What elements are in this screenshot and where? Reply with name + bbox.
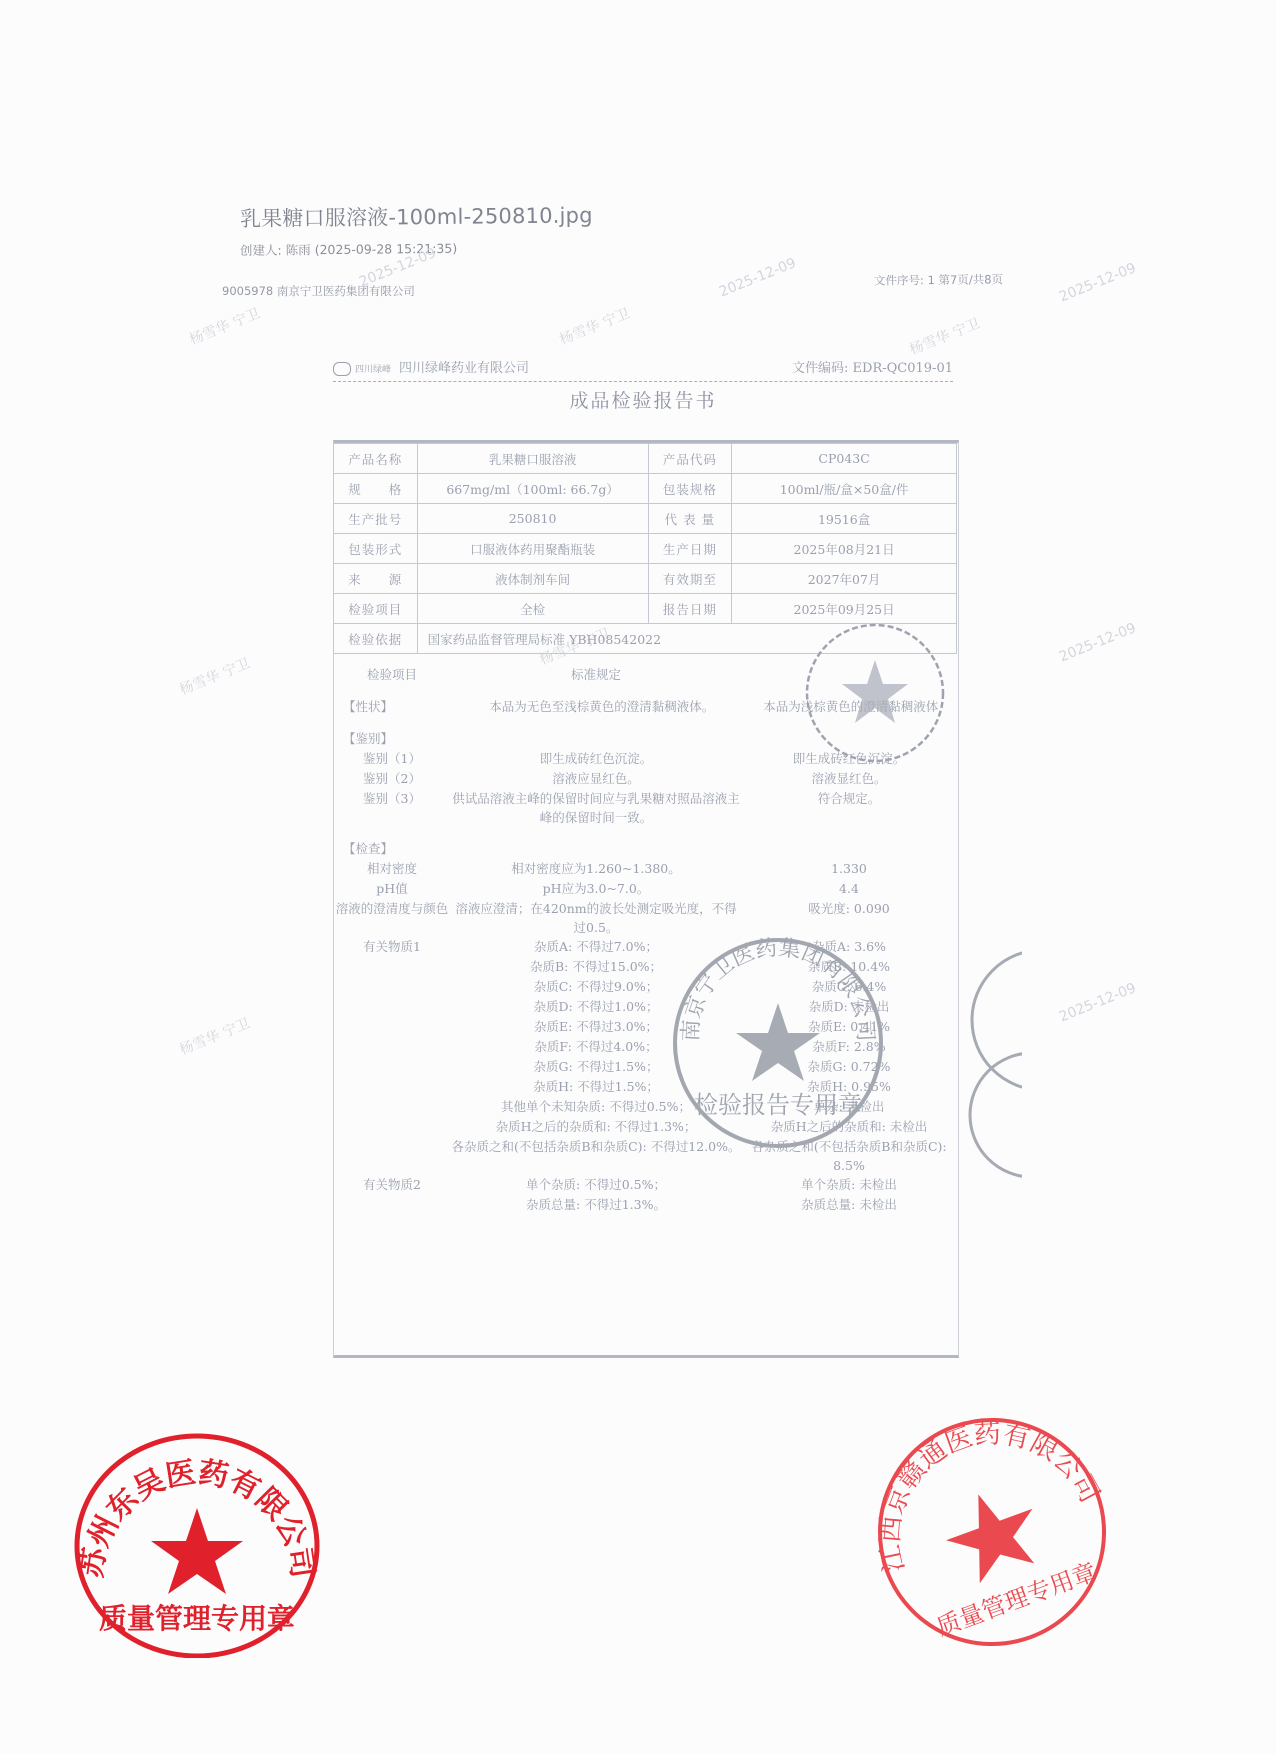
result-item: 溶液的澄清度与颜色 [333, 899, 451, 937]
info-value: 液体制剂车间 [417, 564, 648, 594]
seal-bottom-text: 质量管理专用章 [933, 1558, 1100, 1642]
info-value: 2025年08月21日 [732, 534, 957, 564]
watermark-name: 杨雪华 宁卫 [176, 1013, 253, 1059]
svg-text:江西京赣通医药有限公司: 江西京赣通医药有限公司 [841, 1385, 1107, 1579]
result-result: 溶液显红色。 [741, 769, 957, 789]
partial-seal [942, 940, 1022, 1180]
result-standard: 相对密度应为1.260~1.380。 [451, 859, 741, 879]
dongwu-quality-seal: 苏州东吴医药有限公司 质量管理专用章 [72, 1428, 322, 1658]
company-name: 四川绿峰四川绿峰药业有限公司 [333, 357, 529, 376]
company-header: 四川绿峰四川绿峰药业有限公司 文件编码: EDR-QC019-01 [333, 357, 953, 376]
report-title: 成品检验报告书 [333, 386, 953, 413]
info-row: 产品名称乳果糖口服溶液产品代码CP043C [334, 444, 957, 474]
result-item: 【检查】 [333, 839, 459, 859]
info-label: 代 表 量 [648, 504, 732, 534]
info-label: 规 格 [334, 474, 418, 504]
result-standard: 本品为无色至浅棕黄色的澄清黏稠液体。 [459, 697, 744, 717]
info-label: 检验项目 [334, 594, 418, 624]
result-row: 杂质总量: 不得过1.3%。杂质总量: 未检出 [333, 1195, 957, 1215]
result-standard: 溶液应显红色。 [451, 769, 741, 789]
info-value: 250810 [417, 504, 648, 534]
watermark-date: 2025-12-09 [717, 255, 798, 300]
result-row: 【检查】 [333, 839, 957, 859]
info-value: 2027年07月 [732, 564, 957, 594]
info-label: 产品名称 [334, 444, 418, 474]
info-value: 667mg/ml（100ml: 66.7g） [417, 474, 648, 504]
watermark-name: 杨雪华 宁卫 [906, 313, 983, 359]
seal-bottom-text: 质量管理专用章 [99, 1602, 295, 1635]
info-label: 生产批号 [334, 504, 418, 534]
result-result: 单个杂质: 未检出 [741, 1175, 957, 1195]
doc-seq-line: 文件序号: 1 第7页/共8页 [874, 271, 1003, 288]
info-row: 包装形式口服液体药用聚酯瓶装生产日期2025年08月21日 [334, 534, 957, 564]
inspection-report-seal: 南京宁卫医药集团有限公司 检验报告专用章 [668, 933, 888, 1153]
info-label: 包装规格 [648, 474, 732, 504]
result-standard: 杂质总量: 不得过1.3%。 [451, 1195, 741, 1215]
result-result [744, 839, 957, 859]
result-item [333, 1137, 451, 1175]
info-value: 口服液体药用聚酯瓶装 [417, 534, 648, 564]
result-standard [459, 839, 744, 859]
watermark-name: 杨雪华 宁卫 [556, 303, 633, 349]
result-item [333, 1097, 451, 1117]
result-result: 1.330 [741, 859, 957, 879]
header-divider [333, 381, 953, 382]
info-value: 19516盒 [732, 504, 957, 534]
info-value: 乳果糖口服溶液 [417, 444, 648, 474]
info-row: 规 格667mg/ml（100ml: 66.7g）包装规格100ml/瓶/盒×5… [334, 474, 957, 504]
result-item: 鉴别（2） [333, 769, 451, 789]
result-item [333, 977, 451, 997]
result-item [333, 1195, 451, 1215]
result-standard: 溶液应澄清；在420nm的波长处测定吸光度，不得过0.5。 [451, 899, 741, 937]
watermark-name: 杨雪华 宁卫 [176, 653, 253, 699]
result-standard: 供试品溶液主峰的保留时间应与乳果糖对照品溶液主峰的保留时间一致。 [451, 789, 741, 827]
result-item [333, 997, 451, 1017]
info-label: 报告日期 [648, 594, 732, 624]
result-result: 4.4 [741, 879, 957, 899]
seal-bottom-text: 检验报告专用章 [694, 1091, 862, 1119]
seal-arc-text: 江西京赣通医药有限公司 [841, 1385, 1107, 1579]
info-value: 100ml/瓶/盒×50盒/件 [732, 474, 957, 504]
result-item: pH值 [333, 879, 451, 899]
result-item [333, 1017, 451, 1037]
company-seal-gray [800, 618, 950, 768]
result-item: 有关物质1 [333, 937, 451, 957]
result-row: pH值pH应为3.0~7.0。4.4 [333, 879, 957, 899]
result-item: 相对密度 [333, 859, 451, 879]
info-row: 生产批号250810代 表 量19516盒 [334, 504, 957, 534]
result-row: 溶液的澄清度与颜色溶液应澄清；在420nm的波长处测定吸光度，不得过0.5。吸光… [333, 899, 957, 937]
result-item: 【鉴别】 [333, 729, 459, 749]
result-result: 杂质总量: 未检出 [741, 1195, 957, 1215]
result-standard: pH应为3.0~7.0。 [451, 879, 741, 899]
result-item [333, 957, 451, 977]
file-title: 乳果糖口服溶液-100ml-250810.jpg [240, 199, 593, 233]
result-item [333, 1037, 451, 1057]
doc-id-line: 9005978 南京宁卫医药集团有限公司 [222, 283, 415, 299]
result-item: 鉴别（3） [333, 789, 451, 827]
watermark-date: 2025-12-09 [1057, 980, 1138, 1025]
file-code: 文件编码: EDR-QC019-01 [792, 357, 953, 376]
result-standard [459, 729, 744, 749]
result-row: 相对密度相对密度应为1.260~1.380。1.330 [333, 859, 957, 879]
result-item [333, 1057, 451, 1077]
result-row: 鉴别（2）溶液应显红色。溶液显红色。 [333, 769, 957, 789]
result-result: 吸光度: 0.090 [741, 899, 957, 937]
result-row: 有关物质2单个杂质: 不得过0.5%；单个杂质: 未检出 [333, 1175, 957, 1195]
watermark-name: 杨雪华 宁卫 [186, 303, 263, 349]
result-item: 有关物质2 [333, 1175, 451, 1195]
info-label: 检验依据 [334, 624, 418, 654]
info-label: 有效期至 [648, 564, 732, 594]
info-label: 生产日期 [648, 534, 732, 564]
result-standard: 单个杂质: 不得过0.5%； [451, 1175, 741, 1195]
result-result: 符合规定。 [741, 789, 957, 827]
info-value: 全检 [417, 594, 648, 624]
result-item [333, 1117, 451, 1137]
info-row: 来 源液体制剂车间有效期至2027年07月 [334, 564, 957, 594]
company-logo-icon [333, 362, 351, 376]
result-item [333, 1077, 451, 1097]
result-item: 【性状】 [333, 697, 459, 717]
ganjingtong-quality-seal: 江西京赣通医药有限公司 质量管理专用章 [838, 1378, 1146, 1686]
result-item: 鉴别（1） [333, 749, 451, 769]
result-standard: 即生成砖红色沉淀。 [451, 749, 741, 769]
info-label: 产品代码 [648, 444, 732, 474]
info-label: 来 源 [334, 564, 418, 594]
watermark-date: 2025-12-09 [1057, 260, 1138, 305]
watermark-date: 2025-12-09 [1057, 620, 1138, 665]
info-value: CP043C [732, 444, 957, 474]
info-label: 包装形式 [334, 534, 418, 564]
result-row: 鉴别（3）供试品溶液主峰的保留时间应与乳果糖对照品溶液主峰的保留时间一致。符合规… [333, 789, 957, 827]
